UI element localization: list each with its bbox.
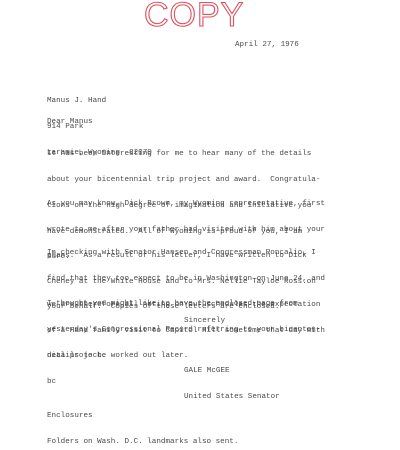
- enclosures-note: Folders on Wash. D.C. landmarks also sen…: [47, 438, 238, 447]
- text-line: As you may know, Dick Brown, my Wyoming …: [47, 200, 325, 209]
- text-line: It has been interesting for me to hear m…: [47, 150, 320, 159]
- copy-stamp: COPY: [144, 0, 254, 30]
- enclosures-block: Enclosures Folders on Wash. D.C. landmar…: [47, 395, 238, 450]
- recipient-name: Manus J. Hand: [47, 97, 152, 106]
- bc-notation: bc: [47, 378, 56, 387]
- signer-name: GALE McGEE: [184, 367, 280, 376]
- enclosures-label: Enclosures: [47, 412, 238, 421]
- copy-stamp-text: COPY: [144, 0, 244, 30]
- text-line: yesterday's Congressional Record referri…: [47, 326, 320, 335]
- closing: Sincerely: [184, 317, 225, 326]
- letter-date: April 27, 1976: [235, 41, 299, 50]
- text-line: I thought you might like to have the enc…: [47, 300, 320, 309]
- salutation: Dear Manus: [47, 118, 93, 127]
- text-line: In checking with Senator Hansen and Cong…: [47, 249, 325, 258]
